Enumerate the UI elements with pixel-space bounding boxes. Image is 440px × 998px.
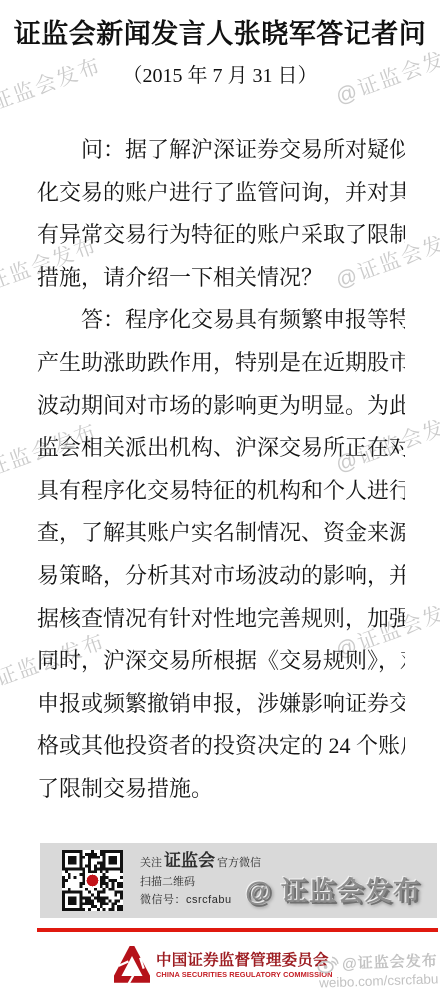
csrc-logo-icon <box>114 946 150 984</box>
text-line: 答：程序化交易具有频繁申报等特征， <box>37 299 405 342</box>
follow-suffix: 官方微信 <box>217 857 261 869</box>
text-line: 易策略，分析其对市场波动的影响，并将根 <box>37 555 405 598</box>
text-line: 申报或频繁撤销申报，涉嫌影响证券交易价 <box>37 683 405 726</box>
text-line: 同时，沪深交易所根据《交易规则》，对频繁 <box>37 640 405 683</box>
text-line: 监会相关派出机构、沪深交易所正在对部分 <box>37 427 405 470</box>
text-line: 据核查情况有针对性地完善规则，加强监管。 <box>37 598 405 641</box>
wechat-banner: 关注证监会官方微信 扫描二维码 微信号：csrcfabu @ 证监会发布 <box>40 843 437 918</box>
article-body: 问：据了解沪深证券交易所对疑似程序化交易的账户进行了监管问询，并对其中具有异常交… <box>37 129 405 811</box>
weibo-watermark: @证监会发布 weibo.com/csrcfabu <box>287 949 438 991</box>
document-page: @证监会发布 @证监会发布 @证监会发布 @证监会发布 @证监会发布 @证监会发… <box>0 0 440 998</box>
text-line: 产生助涨助跌作用，特别是在近期股市大幅 <box>37 342 405 385</box>
weibo-handle-badge: @ 证监会发布 <box>245 870 421 909</box>
text-line: 了限制交易措施。 <box>37 768 405 811</box>
follow-prefix: 关注 <box>140 857 162 869</box>
text-line: 有异常交易行为特征的账户采取了限制交易 <box>37 214 405 257</box>
text-line: 化交易的账户进行了监管问询，并对其中具 <box>37 172 405 215</box>
text-line: 波动期间对市场的影响更为明显。为此，证 <box>37 385 405 428</box>
page-title: 证监会新闻发言人张晓军答记者问 <box>0 12 440 51</box>
qr-code-pattern <box>62 850 123 911</box>
divider-rule <box>37 928 438 932</box>
answer-paragraph: 答：程序化交易具有频繁申报等特征，产生助涨助跌作用，特别是在近期股市大幅波动期间… <box>37 299 405 810</box>
text-line: 查，了解其账户实名制情况、资金来源和交 <box>37 512 405 555</box>
qr-code <box>62 850 123 911</box>
weibo-icon <box>317 953 340 974</box>
brand-name: 证监会 <box>164 851 215 870</box>
text-line: 格或其他投资者的投资决定的 24 个账户采取 <box>37 725 405 768</box>
text-line: 措施，请介绍一下相关情况？ <box>37 257 405 300</box>
weibo-handle: @证监会发布 <box>342 949 438 973</box>
question-paragraph: 问：据了解沪深证券交易所对疑似程序化交易的账户进行了监管问询，并对其中具有异常交… <box>37 129 405 299</box>
date-line: （2015 年 7 月 31 日） <box>0 59 440 88</box>
text-line: 具有程序化交易特征的机构和个人进行核 <box>37 470 405 513</box>
text-line: 问：据了解沪深证券交易所对疑似程序 <box>37 129 405 172</box>
